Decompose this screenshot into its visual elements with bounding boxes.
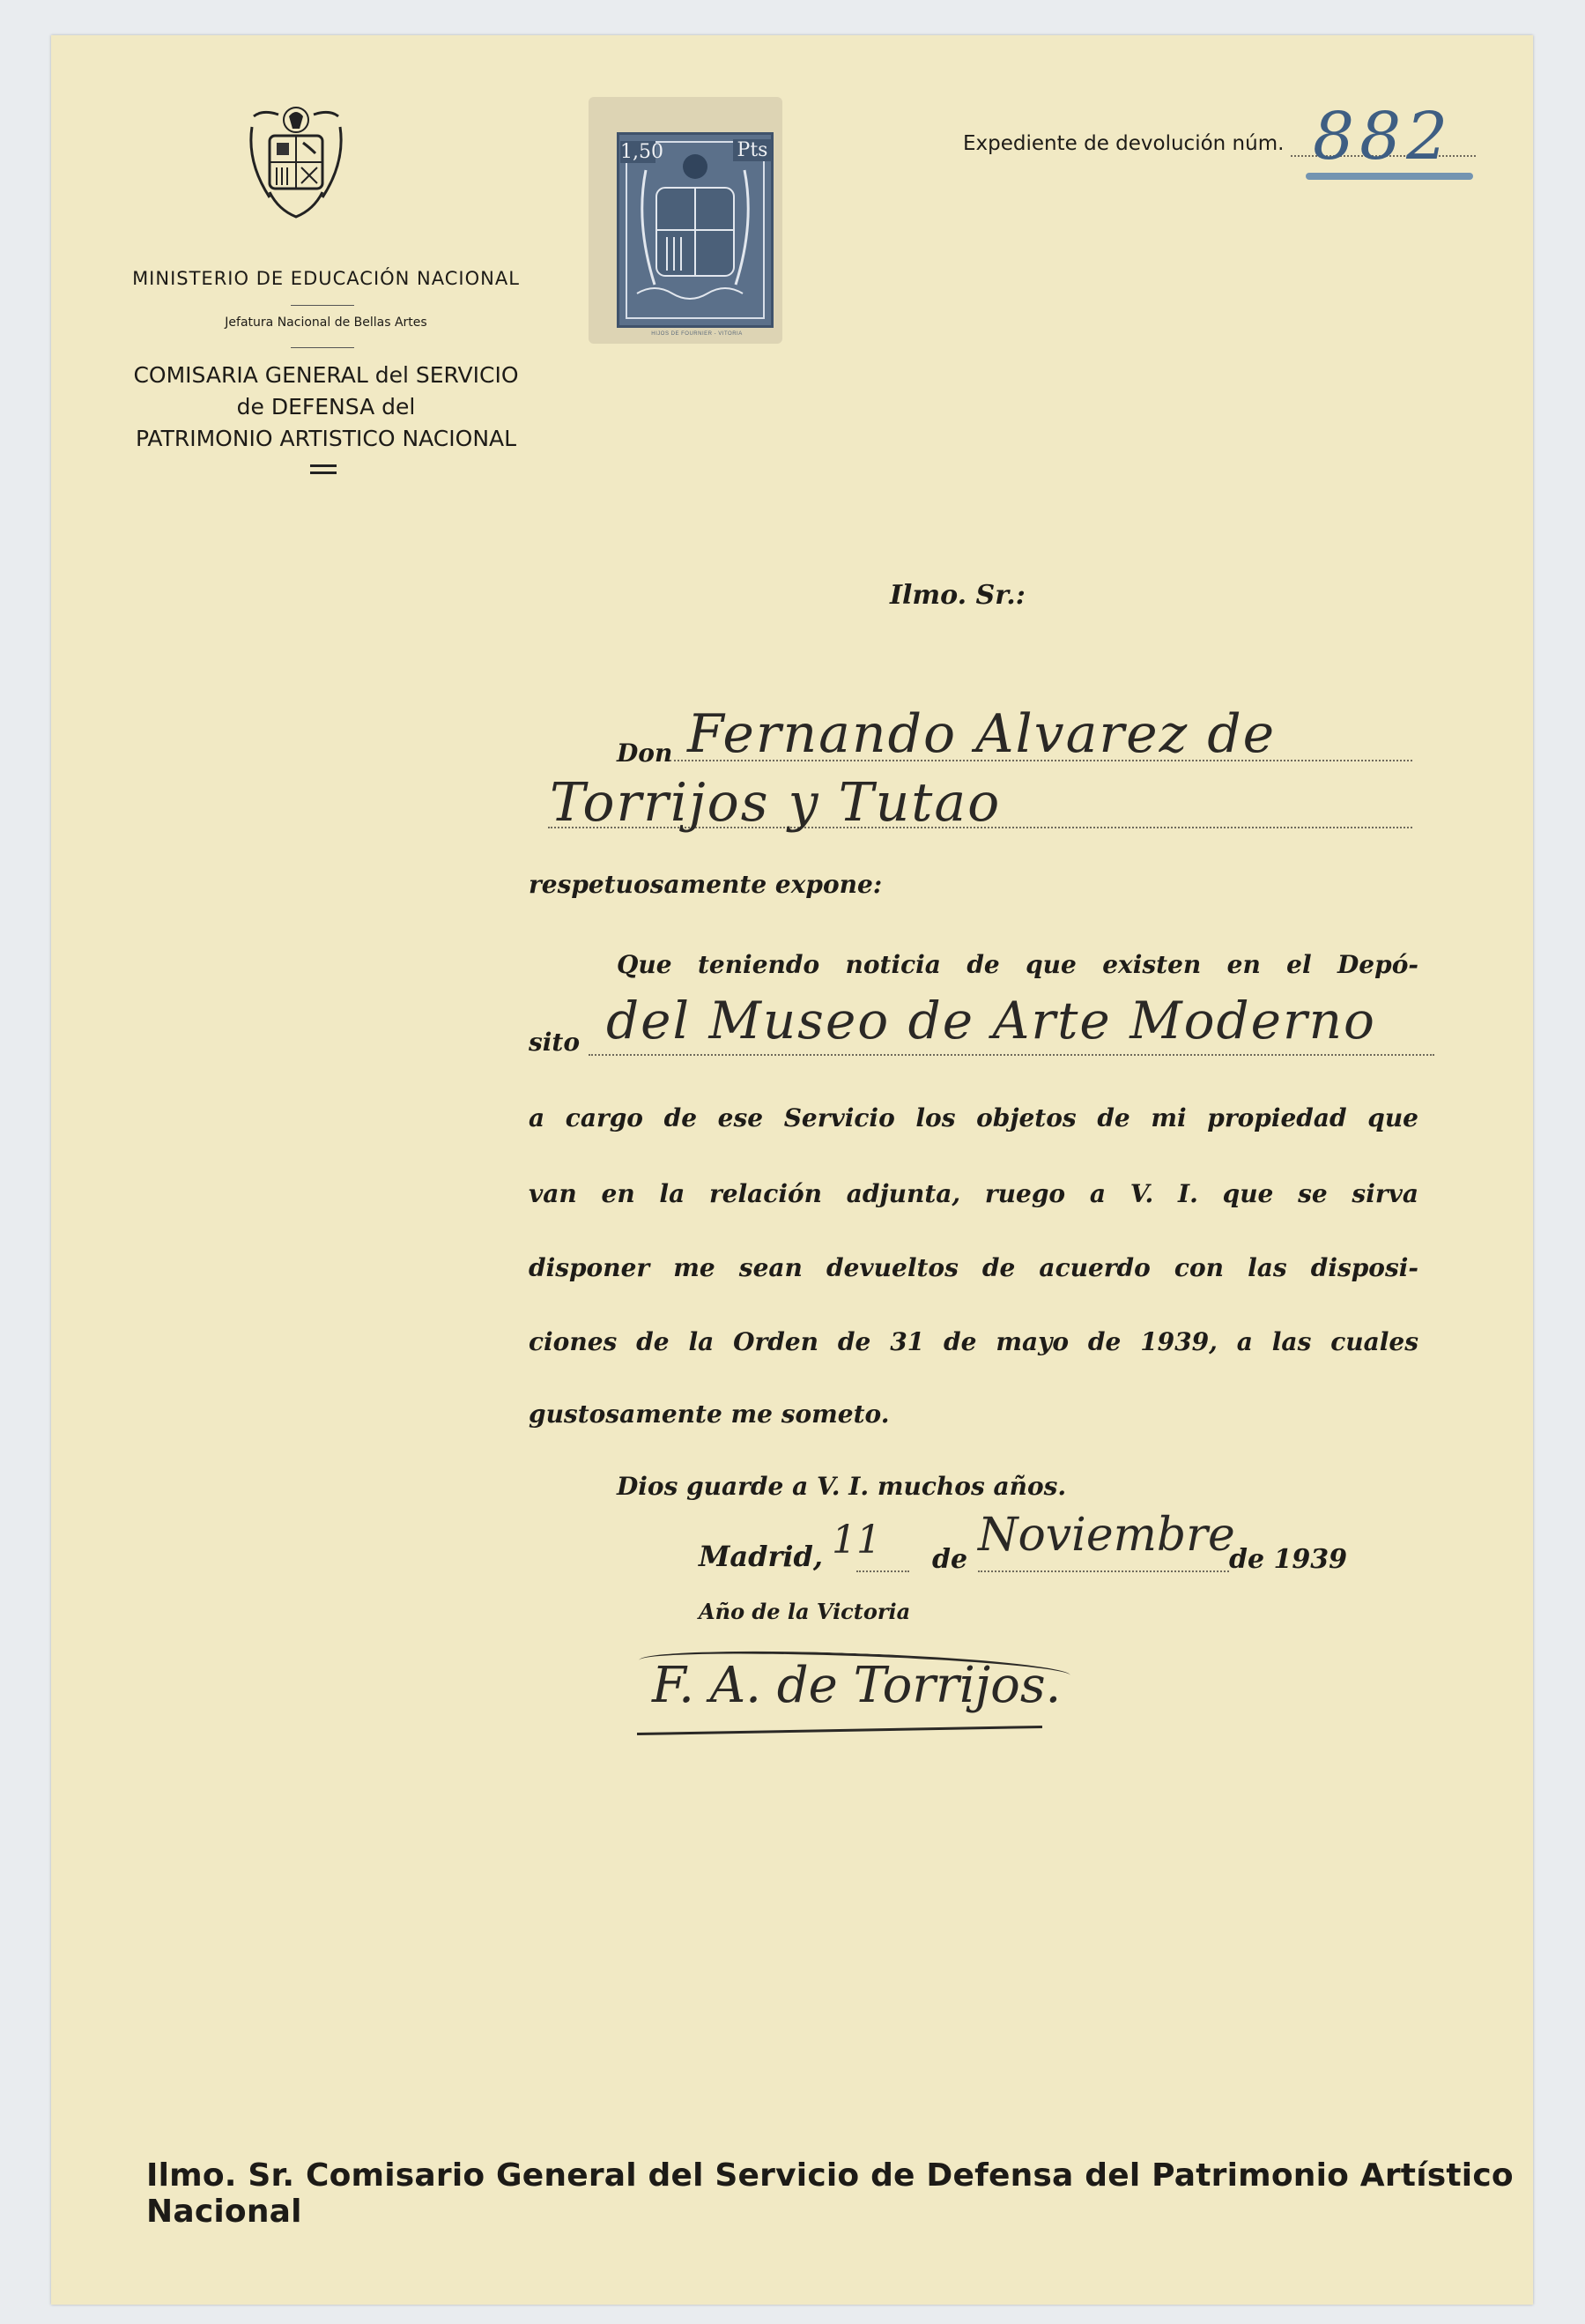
body-sito: sito bbox=[529, 1028, 580, 1057]
body-line: disponer me sean devueltos de acuerdo co… bbox=[529, 1253, 1418, 1282]
salutation: Ilmo. Sr.: bbox=[890, 580, 1026, 611]
body-line: gustosamente me someto. bbox=[529, 1400, 889, 1429]
date-city: Madrid, bbox=[699, 1540, 823, 1573]
date-day-dotted-line bbox=[856, 1570, 909, 1572]
commission-name: COMISARIA GENERAL del SERVICIO de DEFENS… bbox=[97, 360, 555, 455]
commission-line: de DEFENSA del bbox=[97, 391, 555, 423]
applicant-prefix: Don bbox=[617, 739, 672, 768]
date-year: de 1939 bbox=[1229, 1544, 1347, 1575]
expone-text: respetuosamente expone: bbox=[529, 870, 882, 899]
file-number-value: 882 bbox=[1313, 99, 1453, 174]
stamp-currency: Pts bbox=[733, 139, 772, 161]
deposit-handwritten: del Museo de Arte Moderno bbox=[606, 991, 1376, 1051]
addressee: Ilmo. Sr. Comisario General del Servicio… bbox=[146, 2157, 1585, 2230]
year-motto: Año de la Victoria bbox=[699, 1599, 910, 1624]
stamp-printer: HIJOS DE FOURNIER - VITORIA bbox=[631, 331, 763, 337]
file-number-label: Expediente de devolución núm. bbox=[963, 132, 1284, 155]
body-line: ciones de la Orden de 31 de mayo de 1939… bbox=[529, 1327, 1418, 1356]
body-line: a cargo de ese Servicio los objetos de m… bbox=[529, 1103, 1418, 1132]
date-day-handwritten: 11 bbox=[832, 1518, 881, 1563]
commission-line: PATRIMONIO ARTISTICO NACIONAL bbox=[97, 423, 555, 455]
body-line: Que teniendo noticia de que existen en e… bbox=[617, 950, 1418, 979]
body-line: van en la relación adjunta, ruego a V. I… bbox=[529, 1179, 1418, 1208]
signature: F. A. de Torrijos. bbox=[652, 1657, 1061, 1714]
stamp-coat-of-arms-icon bbox=[619, 135, 771, 325]
date-month-dotted-line bbox=[978, 1570, 1229, 1572]
date-de: de bbox=[932, 1544, 967, 1575]
double-rule bbox=[310, 464, 337, 474]
department-name: Jefatura Nacional de Bellas Artes bbox=[106, 316, 546, 330]
divider bbox=[291, 347, 354, 348]
file-number-underline bbox=[1306, 173, 1473, 180]
applicant-name-handwritten: Torrijos y Tutao bbox=[550, 772, 1001, 834]
divider bbox=[291, 305, 354, 306]
applicant-name-handwritten: Fernando Alvarez de bbox=[687, 703, 1276, 765]
stamp-value: 1,50 bbox=[620, 141, 655, 163]
date-month-handwritten: Noviembre bbox=[978, 1509, 1235, 1562]
closing: Dios guarde a V. I. muchos años. bbox=[617, 1472, 1066, 1501]
spanish-coat-of-arms-icon bbox=[243, 100, 349, 220]
ministry-name: MINISTERIO DE EDUCACIÓN NACIONAL bbox=[106, 268, 546, 289]
commission-line: COMISARIA GENERAL del SERVICIO bbox=[97, 360, 555, 391]
deposit-dotted-line bbox=[589, 1054, 1434, 1056]
